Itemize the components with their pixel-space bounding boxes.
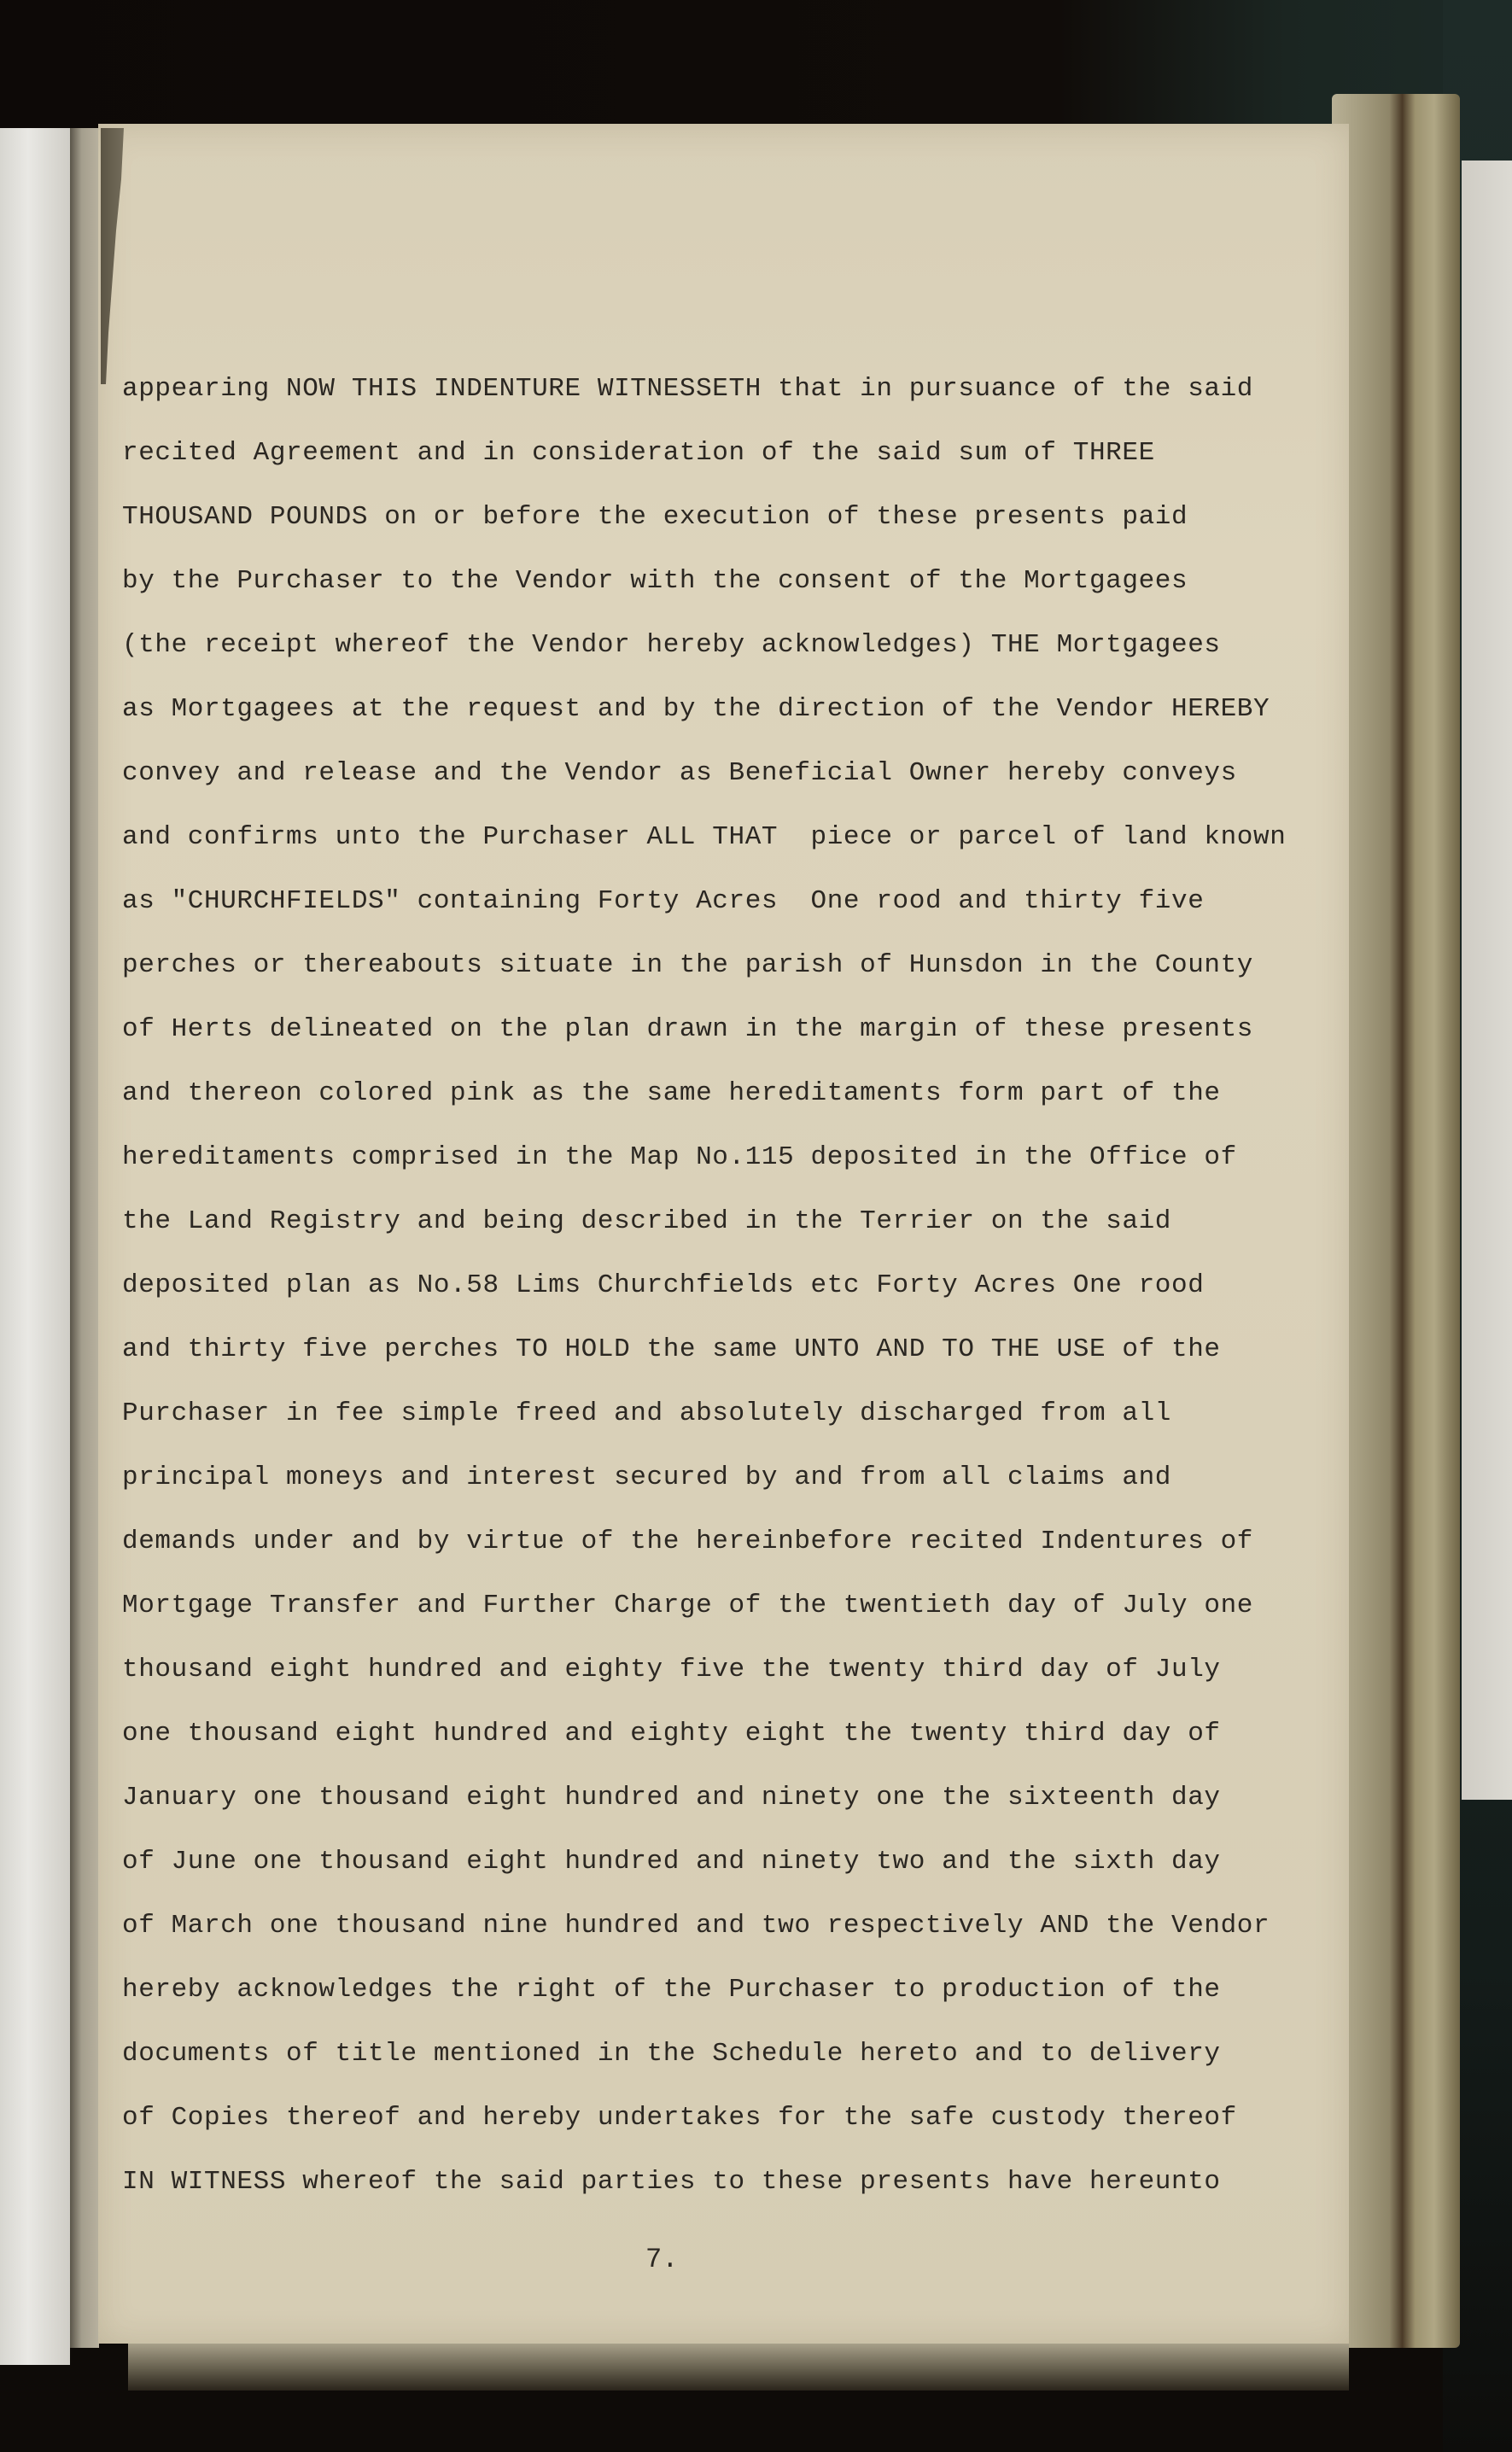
text-line: hereditaments comprised in the Map No.11…	[122, 1125, 1351, 1189]
adjacent-gray-sheet	[1462, 161, 1512, 1800]
book-cover-top	[0, 0, 1512, 128]
text-line: deposited plan as No.58 Lims Churchfield…	[122, 1253, 1351, 1317]
text-line: one thousand eight hundred and eighty ei…	[122, 1702, 1351, 1766]
text-line: by the Purchaser to the Vendor with the …	[122, 549, 1351, 613]
text-line: and thirty five perches TO HOLD the same…	[122, 1317, 1351, 1381]
text-line: thousand eight hundred and eighty five t…	[122, 1638, 1351, 1702]
text-line: demands under and by virtue of the herei…	[122, 1509, 1351, 1573]
text-line: of March one thousand nine hundred and t…	[122, 1894, 1351, 1958]
text-line: documents of title mentioned in the Sche…	[122, 2022, 1351, 2086]
text-line: (the receipt whereof the Vendor hereby a…	[122, 613, 1351, 677]
binding-gutter	[70, 128, 99, 2348]
text-line: appearing NOW THIS INDENTURE WITNESSETH …	[122, 357, 1351, 421]
text-line: and confirms unto the Purchaser ALL THAT…	[122, 805, 1351, 869]
page-bottom-edge	[128, 2344, 1349, 2391]
binding-cloth-left	[0, 128, 70, 2365]
text-line: January one thousand eight hundred and n…	[122, 1766, 1351, 1830]
text-line: Mortgage Transfer and Further Charge of …	[122, 1573, 1351, 1638]
deed-text-body: appearing NOW THIS INDENTURE WITNESSETH …	[122, 357, 1351, 2214]
text-line: of Copies thereof and hereby undertakes …	[122, 2086, 1351, 2150]
text-line: IN WITNESS whereof the said parties to t…	[122, 2150, 1351, 2214]
text-line: of Herts delineated on the plan drawn in…	[122, 997, 1351, 1061]
page-number: 7.	[645, 2244, 678, 2275]
text-line: principal moneys and interest secured by…	[122, 1445, 1351, 1509]
text-line: THOUSAND POUNDS on or before the executi…	[122, 485, 1351, 549]
text-line: recited Agreement and in consideration o…	[122, 421, 1351, 485]
text-line: the Land Registry and being described in…	[122, 1189, 1351, 1253]
text-line: and thereon colored pink as the same her…	[122, 1061, 1351, 1125]
text-line: perches or thereabouts situate in the pa…	[122, 933, 1351, 997]
text-line: as "CHURCHFIELDS" containing Forty Acres…	[122, 869, 1351, 933]
text-line: convey and release and the Vendor as Ben…	[122, 741, 1351, 805]
text-line: hereby acknowledges the right of the Pur…	[122, 1958, 1351, 2022]
text-line: as Mortgagees at the request and by the …	[122, 677, 1351, 741]
text-line: of June one thousand eight hundred and n…	[122, 1830, 1351, 1894]
text-line: Purchaser in fee simple freed and absolu…	[122, 1381, 1351, 1445]
